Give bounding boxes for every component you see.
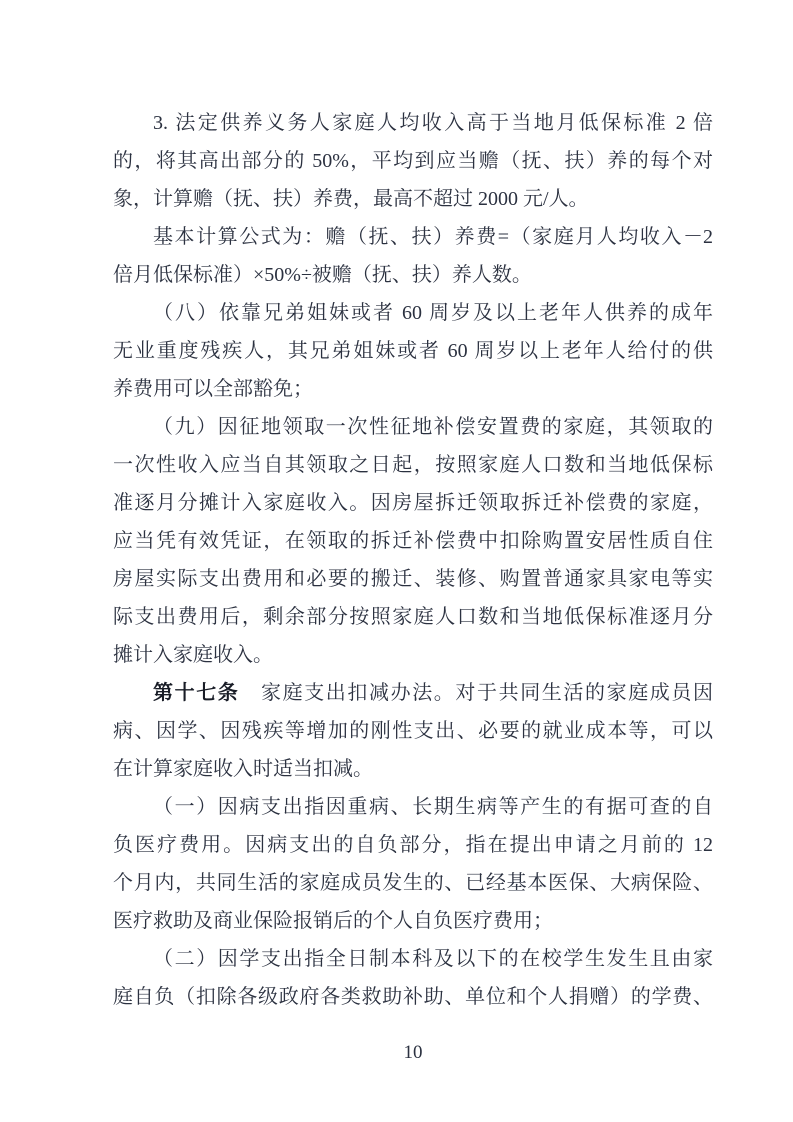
paragraph-line: （九）因征地领取一次性征地补偿安置费的家庭，其领取的 (113, 408, 713, 446)
paragraph-line: 象，计算赡（抚、扶）养费，最高不超过 2000 元/人。 (113, 180, 713, 218)
paragraph-line: 基本计算公式为：赡（抚、扶）养费=（家庭月人均收入－2 (113, 218, 713, 256)
page-number: 10 (113, 1042, 713, 1064)
article-heading-text: 家庭支出扣减办法。对于共同生活的家庭成员因 (239, 682, 713, 704)
paragraph-line: 摊计入家庭收入。 (113, 636, 713, 674)
paragraph-line: （二）因学支出指全日制本科及以下的在校学生发生且由家 (113, 940, 713, 978)
paragraph-line: 负医疗费用。因病支出的自负部分，指在提出申请之月前的 12 (113, 826, 713, 864)
article-number: 第十七条 (153, 682, 239, 704)
paragraph-line: 养费用可以全部豁免； (113, 370, 713, 408)
paragraph-line: 无业重度残疾人，其兄弟姐妹或者 60 周岁以上老年人给付的供 (113, 332, 713, 370)
document-body: 3. 法定供养义务人家庭人均收入高于当地月低保标准 2 倍 的，将其高出部分的 … (113, 104, 713, 1016)
paragraph-line: 医疗救助及商业保险报销后的个人自负医疗费用； (113, 902, 713, 940)
paragraph-line: 应当凭有效凭证，在领取的拆迁补偿费中扣除购置安居性质自住 (113, 522, 713, 560)
paragraph-line: 个月内，共同生活的家庭成员发生的、已经基本医保、大病保险、 (113, 864, 713, 902)
paragraph-line: 一次性收入应当自其领取之日起，按照家庭人口数和当地低保标 (113, 446, 713, 484)
paragraph-line: 房屋实际支出费用和必要的搬迁、装修、购置普通家具家电等实 (113, 560, 713, 598)
paragraph-line: 病、因学、因残疾等增加的刚性支出、必要的就业成本等，可以 (113, 712, 713, 750)
document-page: 3. 法定供养义务人家庭人均收入高于当地月低保标准 2 倍 的，将其高出部分的 … (0, 0, 793, 1122)
paragraph-line: 的，将其高出部分的 50%，平均到应当赡（抚、扶）养的每个对 (113, 142, 713, 180)
paragraph-line: （八）依靠兄弟姐妹或者 60 周岁及以上老年人供养的成年 (113, 294, 713, 332)
article-heading-line: 第十七条 家庭支出扣减办法。对于共同生活的家庭成员因 (113, 674, 713, 712)
paragraph-line: 际支出费用后，剩余部分按照家庭人口数和当地低保标准逐月分 (113, 598, 713, 636)
paragraph-line: 倍月低保标准）×50%÷被赡（抚、扶）养人数。 (113, 256, 713, 294)
paragraph-line: 3. 法定供养义务人家庭人均收入高于当地月低保标准 2 倍 (113, 104, 713, 142)
paragraph-line: （一）因病支出指因重病、长期生病等产生的有据可查的自 (113, 788, 713, 826)
paragraph-line: 准逐月分摊计入家庭收入。因房屋拆迁领取拆迁补偿费的家庭， (113, 484, 713, 522)
paragraph-line: 庭自负（扣除各级政府各类救助补助、单位和个人捐赠）的学费、 (113, 978, 713, 1016)
paragraph-line: 在计算家庭收入时适当扣减。 (113, 750, 713, 788)
